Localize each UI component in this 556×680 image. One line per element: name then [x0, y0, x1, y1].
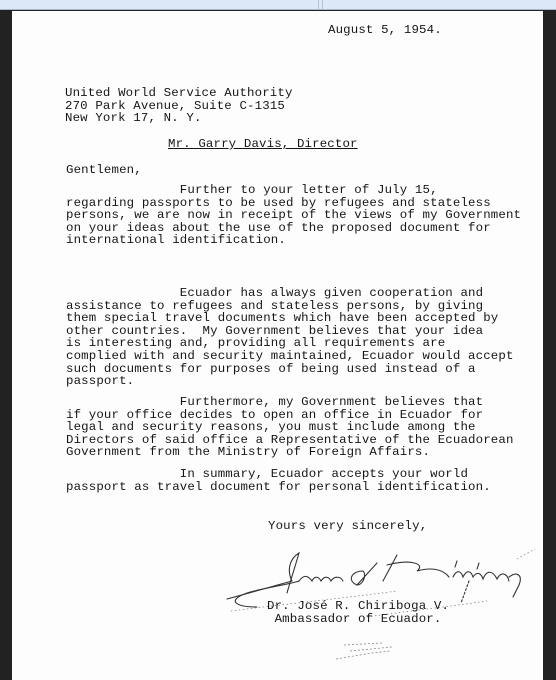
- recipient-address: United World Service Authority 270 Park …: [65, 87, 293, 125]
- salutation: Gentlemen,: [66, 164, 142, 177]
- paragraph-line: international identification.: [66, 233, 286, 247]
- viewer-left-margin: [0, 11, 12, 680]
- signer-block: Dr. José R. Chiriboga V. Ambassador of E…: [267, 600, 449, 625]
- signer-title: Ambassador of Ecuador.: [267, 612, 441, 626]
- seal-mark-icon: [332, 639, 412, 663]
- viewer-toolbar-right-segment: [322, 0, 556, 9]
- paragraph-2: Ecuador has always given cooperation and…: [66, 287, 514, 388]
- attention-line: Mr. Garry Davis, Director: [168, 138, 358, 151]
- letter-page: August 5, 1954. United World Service Aut…: [12, 11, 543, 680]
- viewer-toolbar-left-segment: [0, 0, 319, 9]
- viewer-top-bar: [0, 0, 556, 10]
- paragraph-1: Further to your letter of July 15, regar…: [66, 184, 521, 247]
- viewer-right-margin: [543, 11, 556, 680]
- address-line-3: New York 17, N. Y.: [65, 111, 202, 125]
- closing: Yours very sincerely,: [268, 520, 427, 533]
- paragraph-line: passport as travel document for personal…: [66, 480, 491, 494]
- paragraph-line: Government from the Ministry of Foreign …: [66, 445, 430, 459]
- letter-date: August 5, 1954.: [328, 24, 442, 37]
- paragraph-3: Furthermore, my Government believes that…: [66, 396, 514, 459]
- paragraph-line: passport.: [66, 374, 134, 388]
- paragraph-4: In summary, Ecuador accepts your world p…: [66, 468, 491, 493]
